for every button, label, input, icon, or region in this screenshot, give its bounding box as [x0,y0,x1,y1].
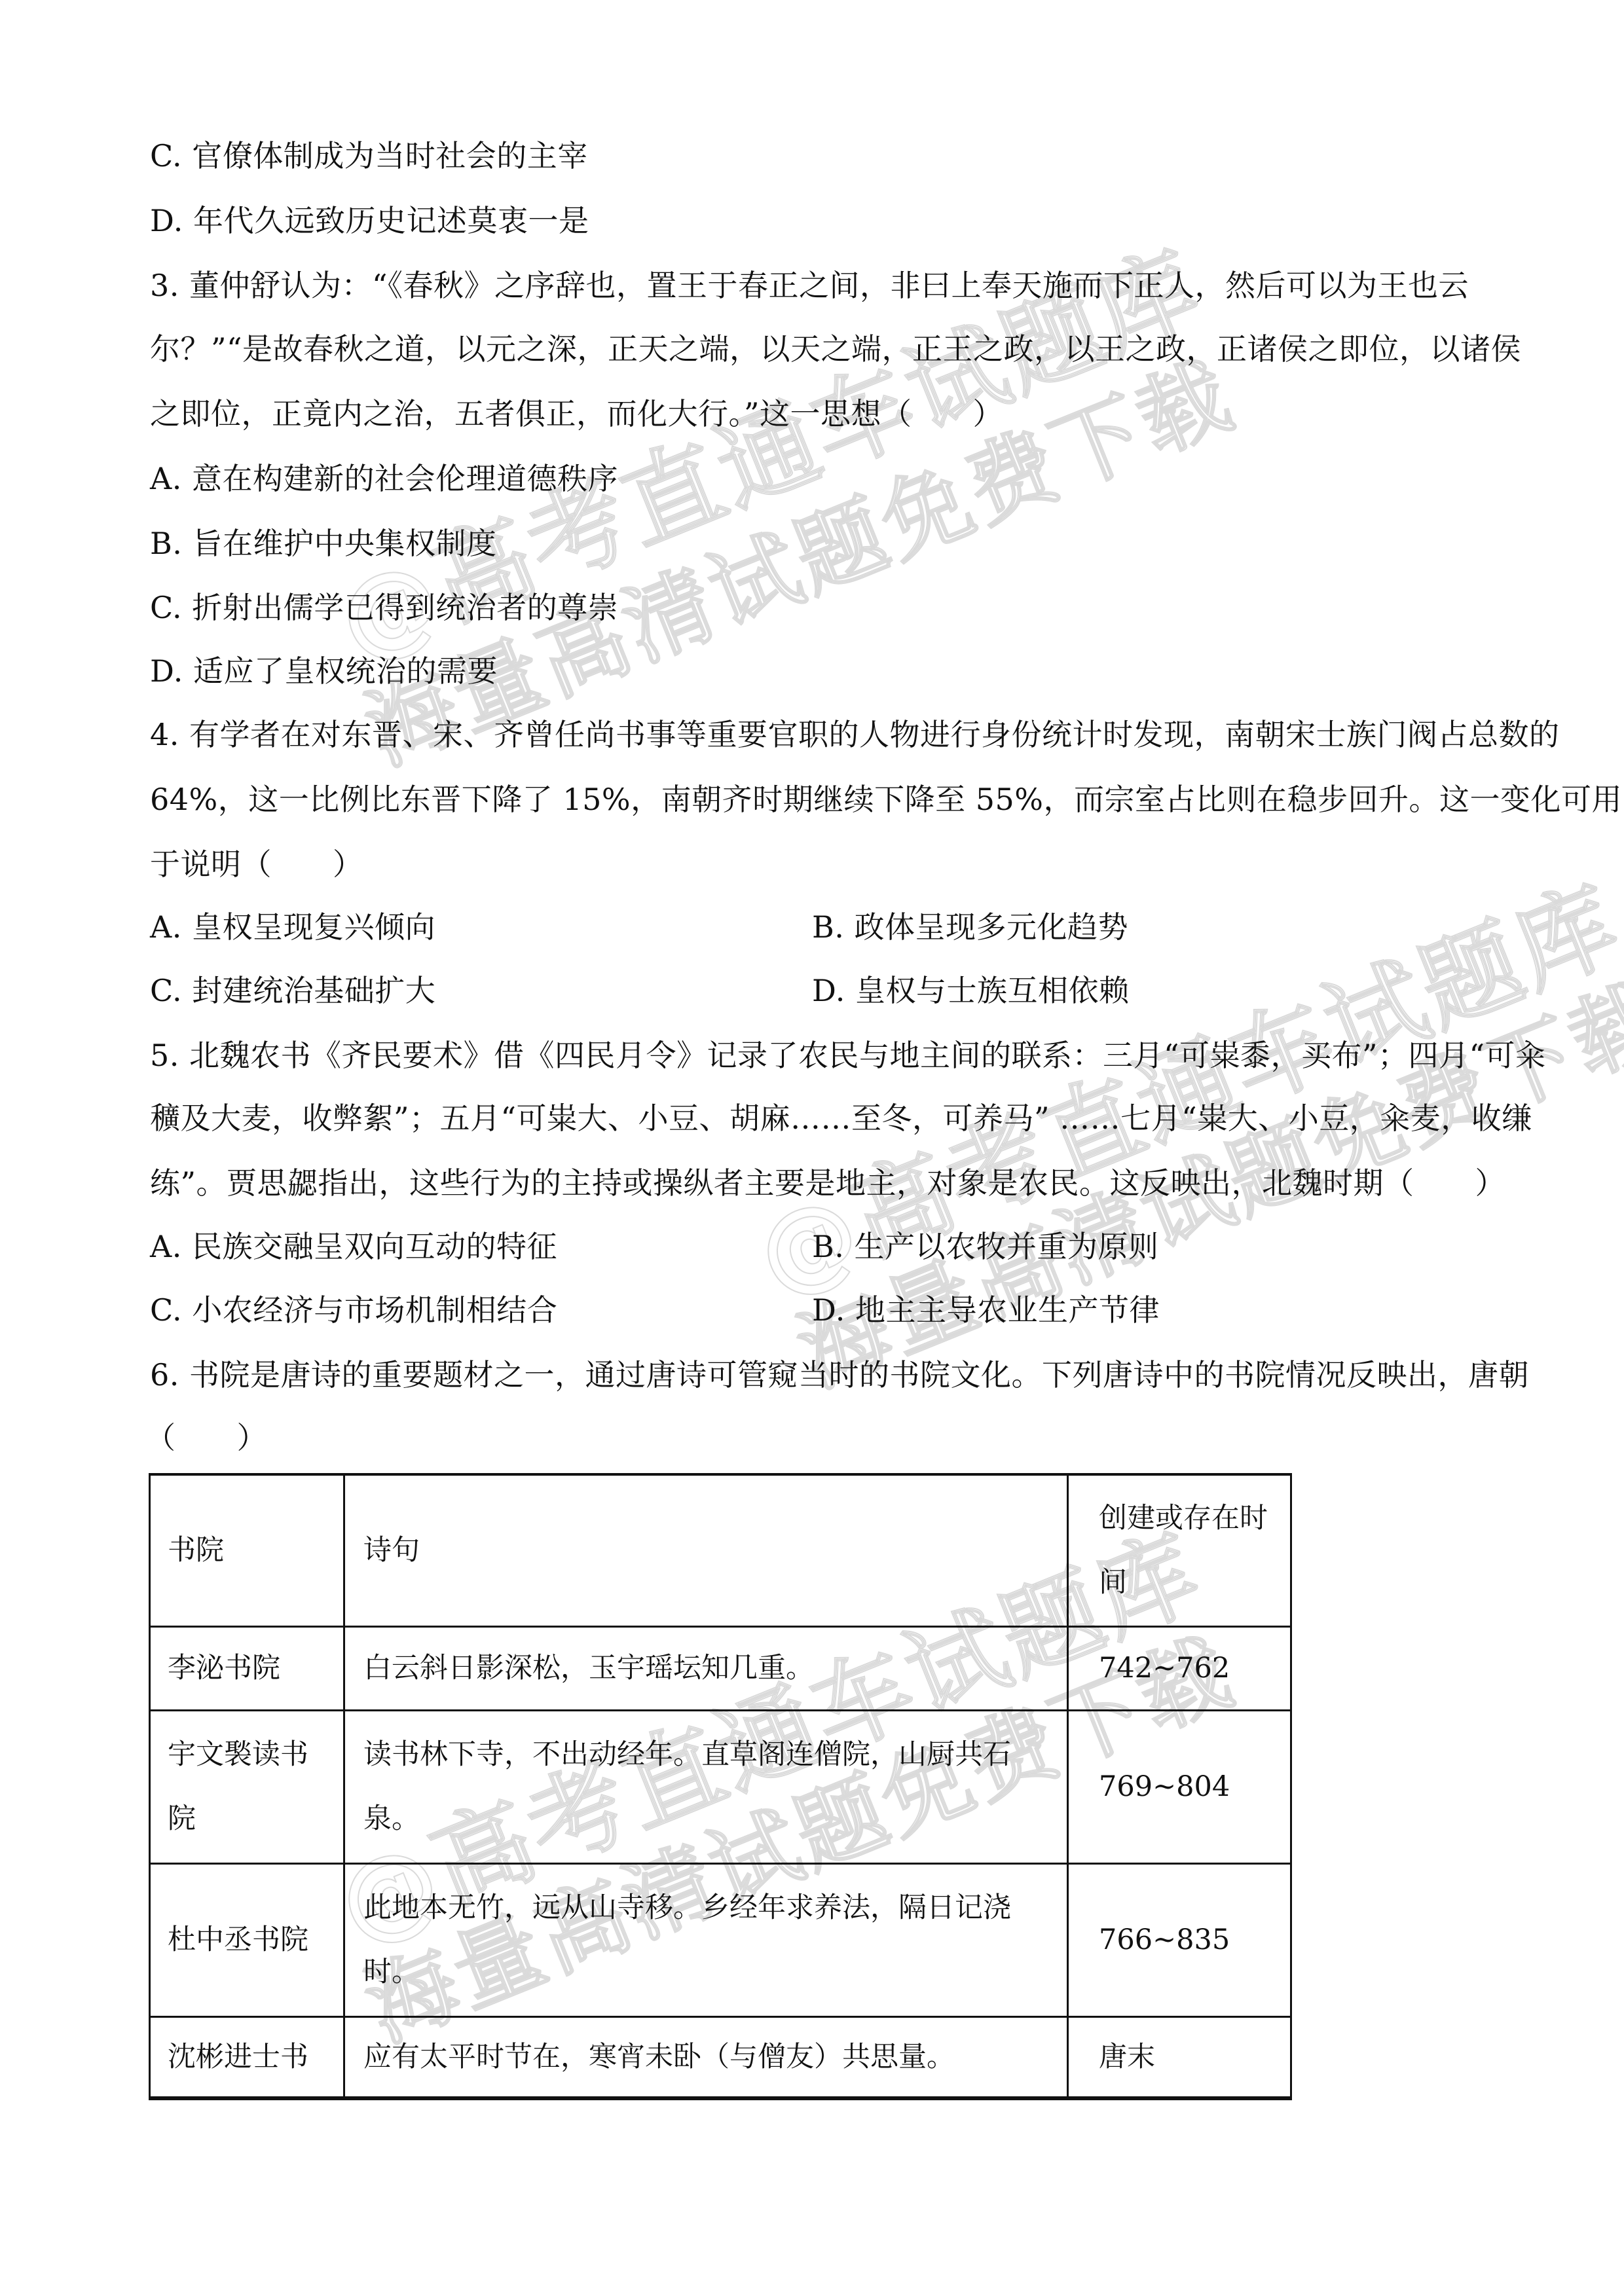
q5-stem-line-1: 5. 北魏农书《齐民要术》借《四民月令》记录了农民与地主间的联系：三月“可粜黍，… [150,1036,1546,1075]
table-cell-time: 769~804 [1068,1710,1291,1863]
table-cell-academy: 杜中丞书院 [150,1863,344,2016]
table-cell-poem: 白云斜日影深松，玉宇瑶坛知几重。 [344,1626,1068,1710]
q3-stem-line-1: 3. 董仲舒认为：“《春秋》之序辞也，置王于春正之间，非曰上奉天施而下正人，然后… [150,266,1469,305]
table-cell-time: 766~835 [1068,1863,1291,2016]
q3-option-d: D. 适应了皇权统治的需要 [150,651,498,691]
poem-line: 应有太平时节在，寒宵未卧（与僧友）共思量。 [363,2025,1054,2089]
q4-option-b: B. 政体呈现多元化趋势 [812,907,1128,947]
q5-option-c: C. 小农经济与市场机制相结合 [150,1290,557,1330]
table-cell-academy: 宇文褧读书 院 [150,1710,344,1863]
q5-option-d: D. 地主主导农业生产节律 [812,1290,1160,1330]
header-time-line-2: 间 [1099,1550,1277,1614]
academy-name-line-1: 宇文褧读书 [168,1722,330,1787]
table-header-row: 书院 诗句 创建或存在时 间 [150,1474,1291,1626]
exam-page: @高考直通车试题库 海量高清试题免费下载 @高考直通车试题库 海量高清试题免费下… [0,0,1624,2296]
q3-stem-line-3: 之即位，正竟内之治，五者俱正，而化大行。”这一思想（ ） [150,394,1003,433]
poem-line-1: 此地本无竹，远从山寺移。乡经年求养法，隔日记浇 [363,1876,1054,1940]
academy-name-line-2: 院 [168,1787,330,1851]
header-poem: 诗句 [363,1518,1054,1582]
table-header-cell: 创建或存在时 间 [1068,1474,1291,1626]
academy-name: 杜中丞书院 [168,1908,330,1972]
q3-option-c: C. 折射出儒学已得到统治者的尊崇 [150,588,618,627]
table-cell-time: 742~762 [1068,1626,1291,1710]
q3-option-a: A. 意在构建新的社会伦理道德秩序 [150,459,618,498]
q4-option-d: D. 皇权与士族互相依赖 [812,971,1130,1010]
q3-stem-line-2: 尔？”“是故春秋之道，以元之深，正天之端，以天之端，正王之政，以王之政，正诸侯之… [150,329,1521,369]
table-cell-academy: 李泌书院 [150,1626,344,1710]
poem-line-1: 读书林下寺，不出动经年。直草阁连僧院，山厨共石 [363,1722,1054,1787]
header-time-line-1: 创建或存在时 [1099,1486,1277,1550]
q3-option-b: B. 旨在维护中央集权制度 [150,524,497,563]
q5-option-a: A. 民族交融呈双向互动的特征 [150,1227,557,1266]
time-range: 769~804 [1099,1755,1277,1819]
table-header-cell: 诗句 [344,1474,1068,1626]
academy-poem-table: 书院 诗句 创建或存在时 间 李泌书院 白云斜日影深松，玉宇瑶坛知几重。 742… [149,1473,1292,2100]
header-academy: 书院 [168,1518,330,1582]
academy-name: 李泌书院 [168,1636,330,1700]
table-header-cell: 书院 [150,1474,344,1626]
q5-option-b: B. 生产以农牧并重为原则 [812,1227,1159,1266]
q2-option-d: D. 年代久远致历史记述莫衷一是 [150,201,589,240]
academy-name: 沈彬进士书 [168,2025,330,2089]
q6-stem-line-2: （ ） [145,1418,267,1457]
q4-option-a: A. 皇权呈现复兴倾向 [150,907,435,947]
table-row: 李泌书院 白云斜日影深松，玉宇瑶坛知几重。 742~762 [150,1626,1291,1710]
table-cell-academy: 沈彬进士书 [150,2016,344,2098]
table-cell-time: 唐末 [1068,2016,1291,2098]
poem-line-2: 时。 [363,1940,1054,2004]
poem-line-2: 泉。 [363,1787,1054,1851]
q5-stem-line-3: 练”。贾思勰指出，这些行为的主持或操纵者主要是地主，对象是农民。这反映出，北魏时… [150,1163,1505,1203]
q2-option-c: C. 官僚体制成为当时社会的主宰 [150,136,588,175]
time-range: 742~762 [1099,1636,1277,1700]
time-range: 唐末 [1099,2025,1277,2089]
q6-stem-line-1: 6. 书院是唐诗的重要题材之一，通过唐诗可管窥当时的书院文化。下列唐诗中的书院情… [150,1355,1529,1394]
table-cell-poem: 此地本无竹，远从山寺移。乡经年求养法，隔日记浇 时。 [344,1863,1068,2016]
q5-stem-line-2: 穬及大麦，收弊絮”；五月“可粜大、小豆、胡麻……至冬，可养马” ……七月“粜大、… [150,1099,1532,1138]
table-row: 宇文褧读书 院 读书林下寺，不出动经年。直草阁连僧院，山厨共石 泉。 769~8… [150,1710,1291,1863]
table-cell-poem: 应有太平时节在，寒宵未卧（与僧友）共思量。 [344,2016,1068,2098]
q4-option-c: C. 封建统治基础扩大 [150,971,435,1010]
table-row: 沈彬进士书 应有太平时节在，寒宵未卧（与僧友）共思量。 唐末 [150,2016,1291,2098]
q4-stem-line-1: 4. 有学者在对东晋、宋、齐曾任尚书事等重要官职的人物进行身份统计时发现，南朝宋… [150,715,1560,754]
time-range: 766~835 [1099,1908,1277,1972]
table-row: 杜中丞书院 此地本无竹，远从山寺移。乡经年求养法，隔日记浇 时。 766~835 [150,1863,1291,2016]
table-cell-poem: 读书林下寺，不出动经年。直草阁连僧院，山厨共石 泉。 [344,1710,1068,1863]
q4-stem-line-2: 64%，这一比例比东晋下降了 15%，南朝齐时期继续下降至 55%，而宗室占比则… [150,780,1622,819]
poem-line: 白云斜日影深松，玉宇瑶坛知几重。 [363,1636,1054,1700]
q4-stem-line-3: 于说明（ ） [150,845,363,884]
